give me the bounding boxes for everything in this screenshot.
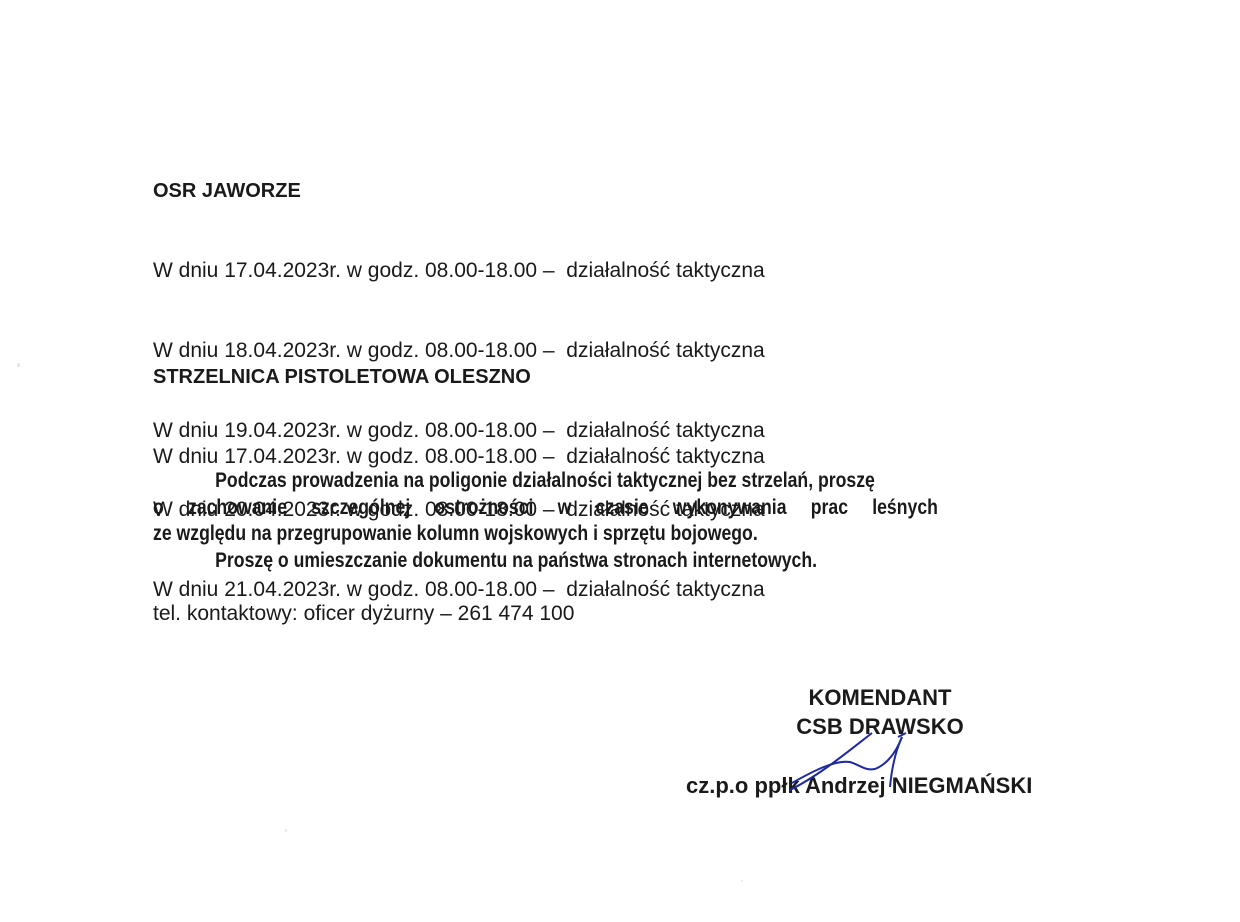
signatory-name: cz.p.o ppłk Andrzej NIEGMAŃSKI xyxy=(686,773,1032,799)
section-title: STRZELNICA PISTOLETOWA OLESZNO xyxy=(153,364,765,391)
notice-line: ze względu na przegrupowanie kolumn wojs… xyxy=(153,521,943,548)
scan-speck xyxy=(741,880,743,882)
notice-line: Podczas prowadzenia na poligonie działal… xyxy=(153,468,943,495)
scan-speck xyxy=(285,829,287,832)
signature-title: KOMENDANT xyxy=(660,685,1100,711)
scan-speck xyxy=(17,363,20,367)
contact-phone: tel. kontaktowy: oficer dyżurny – 261 47… xyxy=(153,601,574,627)
schedule-entry: W dniu 21.04.2023r. w godz. 08.00-18.00 … xyxy=(153,577,765,604)
notice-line: Proszę o umieszczanie dokumentu na państ… xyxy=(153,548,943,575)
schedule-entry: W dniu 17.04.2023r. w godz. 08.00-18.00 … xyxy=(153,258,765,285)
notice-line: o zachowanie szczególnej ostrożności w c… xyxy=(153,495,943,522)
section-title: OSR JAWORZE xyxy=(153,178,765,205)
schedule-entry: W dniu 17.04.2023r. w godz. 08.00-18.00 … xyxy=(153,444,765,471)
notice-paragraph: Podczas prowadzenia na poligonie działal… xyxy=(153,468,1093,574)
signature-unit: CSB DRAWSKO xyxy=(660,714,1100,740)
